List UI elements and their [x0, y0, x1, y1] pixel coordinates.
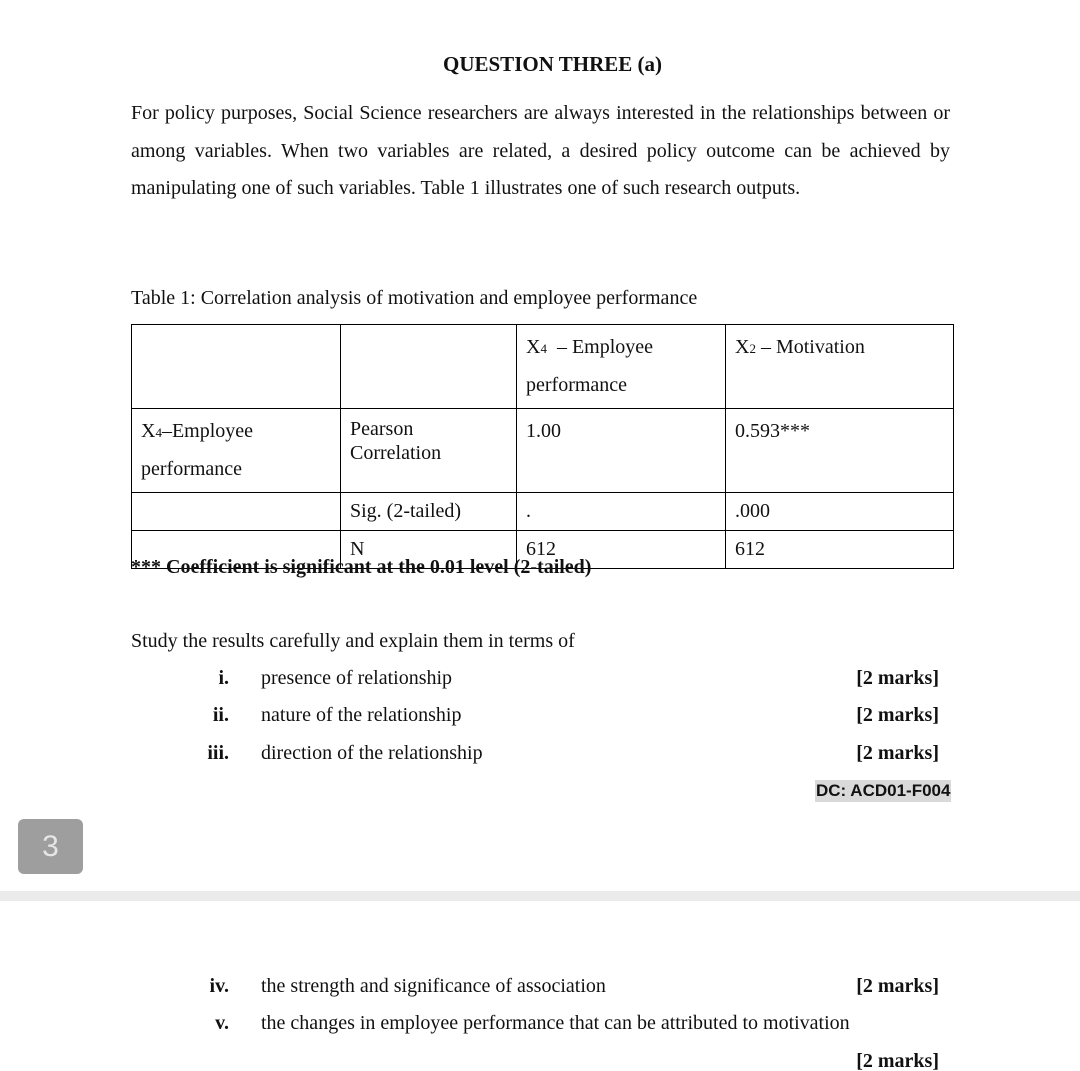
table-footnote: *** Coefficient is significant at the 0.… — [131, 556, 591, 579]
table-row: X4–Employee performance Pearson Correlat… — [132, 409, 954, 493]
item-marks: [2 marks] — [856, 742, 939, 765]
item-number: iii. — [207, 742, 229, 765]
table-stat-label: Sig. (2-tailed) — [341, 493, 517, 531]
item-marks: [2 marks] — [856, 975, 939, 998]
table-header-x2: X2 – Motivation — [726, 325, 954, 409]
item-text: presence of relationship — [261, 667, 452, 690]
table-caption: Table 1: Correlation analysis of motivat… — [131, 287, 697, 310]
instruction-text: Study the results carefully and explain … — [131, 630, 575, 653]
table-cell: 612 — [726, 531, 954, 569]
question-item: ii. nature of the relationship [2 marks] — [0, 704, 1080, 734]
table-header-x4: X4 – Employee performance — [517, 325, 726, 409]
item-marks: [2 marks] — [856, 704, 939, 727]
table-cell-empty — [132, 325, 341, 409]
table-cell: . — [517, 493, 726, 531]
question-item: i. presence of relationship [2 marks] — [0, 667, 1080, 697]
table-cell-empty — [132, 493, 341, 531]
question-title: QUESTION THREE (a) — [0, 52, 1080, 77]
item-text: direction of the relationship — [261, 742, 483, 765]
item-number: v. — [215, 1012, 229, 1035]
table-cell: 1.00 — [517, 409, 726, 493]
item-text: nature of the relationship — [261, 704, 462, 727]
table-row: Sig. (2-tailed) . .000 — [132, 493, 954, 531]
item-number: iv. — [210, 975, 229, 998]
page-number-badge: 3 — [18, 819, 83, 874]
page-divider — [0, 891, 1080, 901]
table-cell-empty — [341, 325, 517, 409]
table-stat-label: Pearson Correlation — [341, 409, 517, 493]
table-cell: .000 — [726, 493, 954, 531]
item-number: i. — [218, 667, 229, 690]
question-item: iv. the strength and significance of ass… — [0, 975, 1080, 1005]
table-cell: 0.593*** — [726, 409, 954, 493]
question-item: iii. direction of the relationship [2 ma… — [0, 742, 1080, 772]
document-code: DC: ACD01-F004 — [815, 780, 951, 802]
item-text: the strength and significance of associa… — [261, 975, 606, 998]
item-marks: [2 marks] — [856, 1050, 939, 1071]
item-marks: [2 marks] — [856, 667, 939, 690]
table-row-label: X4–Employee performance — [132, 409, 341, 493]
intro-paragraph: For policy purposes, Social Science rese… — [131, 95, 950, 208]
table-header-row: X4 – Employee performance X2 – Motivatio… — [132, 325, 954, 409]
item-number: ii. — [213, 704, 229, 727]
item-text: the changes in employee performance that… — [261, 1012, 850, 1035]
question-item: v. the changes in employee performance t… — [0, 1012, 1080, 1042]
correlation-table: X4 – Employee performance X2 – Motivatio… — [131, 324, 954, 569]
